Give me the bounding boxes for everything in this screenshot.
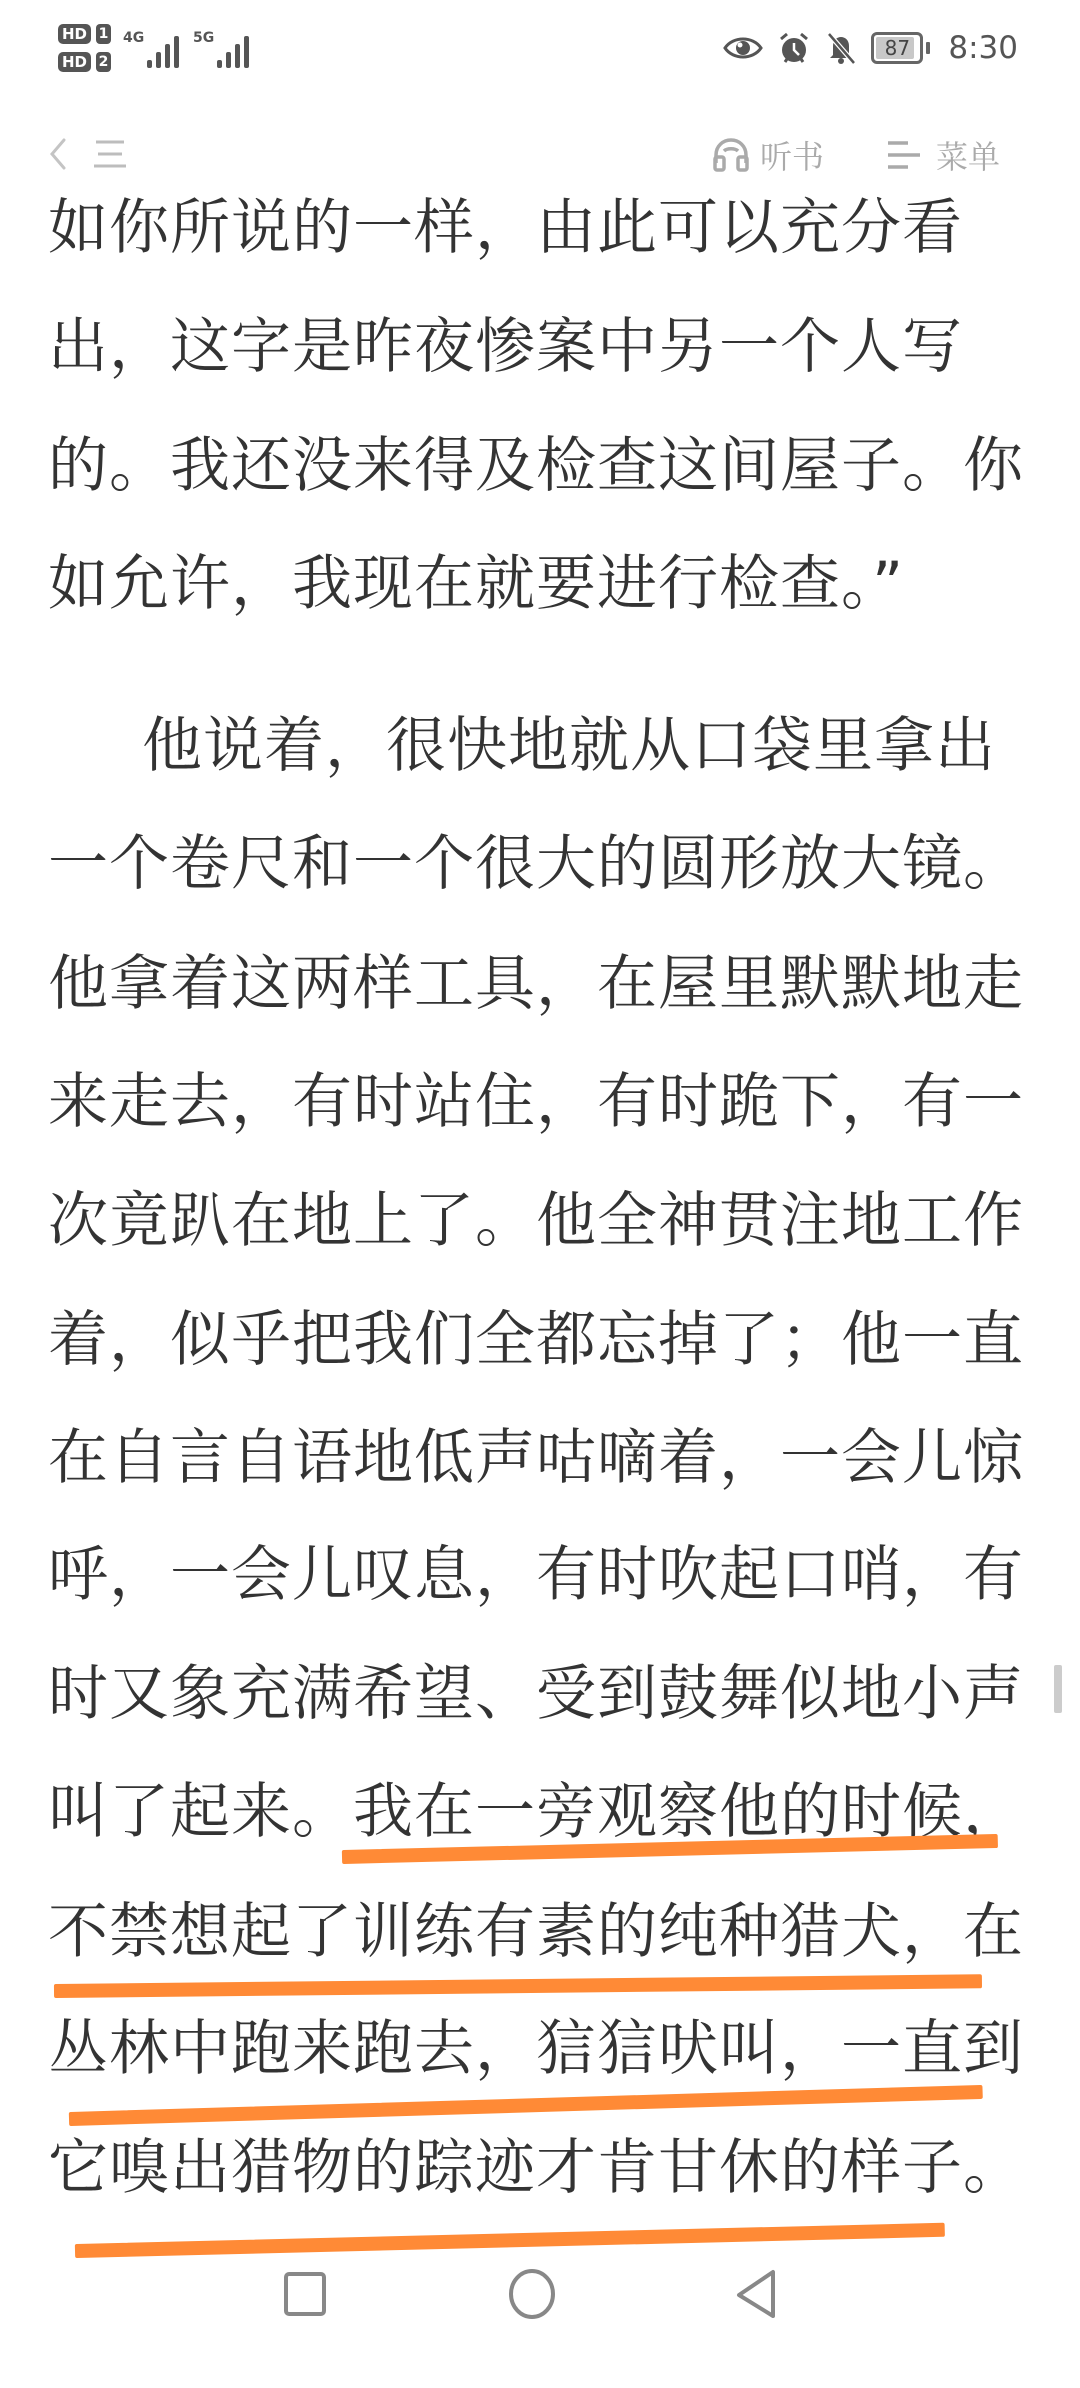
back-button[interactable]: [44, 134, 74, 174]
text-line: 他说着，很快地就从口袋里拿出: [142, 710, 1080, 782]
menu-label: 菜单: [936, 132, 1000, 178]
battery-icon: 87: [871, 32, 923, 64]
text-line: 时又象充满希望、受到鼓舞似地小声: [48, 1658, 1038, 1730]
text-line: 它嗅出猎物的踪迹才肯甘休的样子。: [48, 2132, 1038, 2204]
text-line: 一个卷尺和一个很大的圆形放大镜。: [48, 828, 1038, 900]
listen-label: 听书: [760, 132, 824, 178]
text-line: 呼，一会儿叹息，有时吹起口哨，有: [48, 1539, 1038, 1611]
highlight-underline: [69, 2085, 983, 2126]
headphones-icon: [712, 137, 750, 173]
clock: 8:30: [948, 30, 1018, 66]
back-nav-button[interactable]: [727, 2264, 787, 2324]
text-line: 出，这字是昨夜惨案中另一个人写: [48, 311, 1038, 383]
mute-bell-icon: [825, 31, 857, 65]
eye-comfort-icon: [723, 34, 763, 62]
status-left: HD 1 HD 2 4G 5G: [58, 24, 263, 72]
system-nav-bar: [0, 2240, 1080, 2388]
hd-badge: HD: [58, 24, 91, 44]
text-line: 丛林中跑来跑去，狺狺吠叫，一直到: [48, 2013, 1038, 2085]
status-right: 87 8:30: [723, 30, 1018, 66]
text-line: 他拿着这两样工具，在屋里默默地走: [48, 948, 1038, 1020]
text-line: 的。我还没来得及检查这间屋子。你: [48, 430, 1038, 502]
sim1-indicator: HD 1: [58, 24, 111, 44]
menu-button[interactable]: 菜单: [886, 132, 1000, 178]
home-icon: [507, 2268, 557, 2320]
highlight-underline: [54, 1974, 982, 1998]
signal-bars-icon: [147, 36, 179, 68]
sim-indicators: HD 1 HD 2: [58, 24, 111, 72]
signal-4g: 4G: [123, 28, 179, 68]
alarm-icon: [777, 31, 811, 65]
toc-button[interactable]: [92, 134, 128, 174]
sim-number: 2: [96, 52, 111, 72]
battery-level: 87: [885, 36, 910, 60]
menu-icon: [886, 137, 922, 173]
recents-button[interactable]: [275, 2264, 335, 2324]
signal-bars-icon: [217, 36, 249, 68]
text-line: 次竟趴在地上了。他全神贯注地工作: [48, 1185, 1038, 1257]
reader-toolbar: 听书 菜单: [0, 120, 1080, 190]
status-bar: HD 1 HD 2 4G 5G: [0, 0, 1080, 110]
sim-number: 1: [96, 24, 111, 44]
text-line: 来走去，有时站住，有时跪下，有一: [48, 1066, 1038, 1138]
battery-indicator: 87: [871, 32, 930, 64]
sim2-indicator: HD 2: [58, 52, 111, 72]
listen-button[interactable]: 听书: [712, 132, 824, 178]
text-line: 不禁想起了训练有素的纯种猎犬，在: [48, 1896, 1038, 1968]
text-line: 如允许，我现在就要进行检查。”: [48, 548, 1038, 620]
network-type-label: 5G: [193, 30, 214, 46]
back-icon: [735, 2268, 779, 2320]
chevron-left-icon: [44, 134, 74, 174]
signal-5g: 5G: [193, 28, 249, 68]
text-line: 着，似乎把我们全都忘掉了；他一直: [48, 1304, 1038, 1376]
hd-badge: HD: [58, 52, 91, 72]
recents-icon: [283, 2271, 327, 2317]
scrollbar-thumb[interactable]: [1054, 1665, 1062, 1713]
network-type-label: 4G: [123, 30, 144, 46]
home-button[interactable]: [502, 2264, 562, 2324]
toc-icon: [92, 134, 128, 174]
text-line: 如你所说的一样，由此可以充分看: [48, 192, 1038, 264]
text-line: 在自言自语地低声咕嘀着，一会儿惊: [48, 1422, 1038, 1494]
